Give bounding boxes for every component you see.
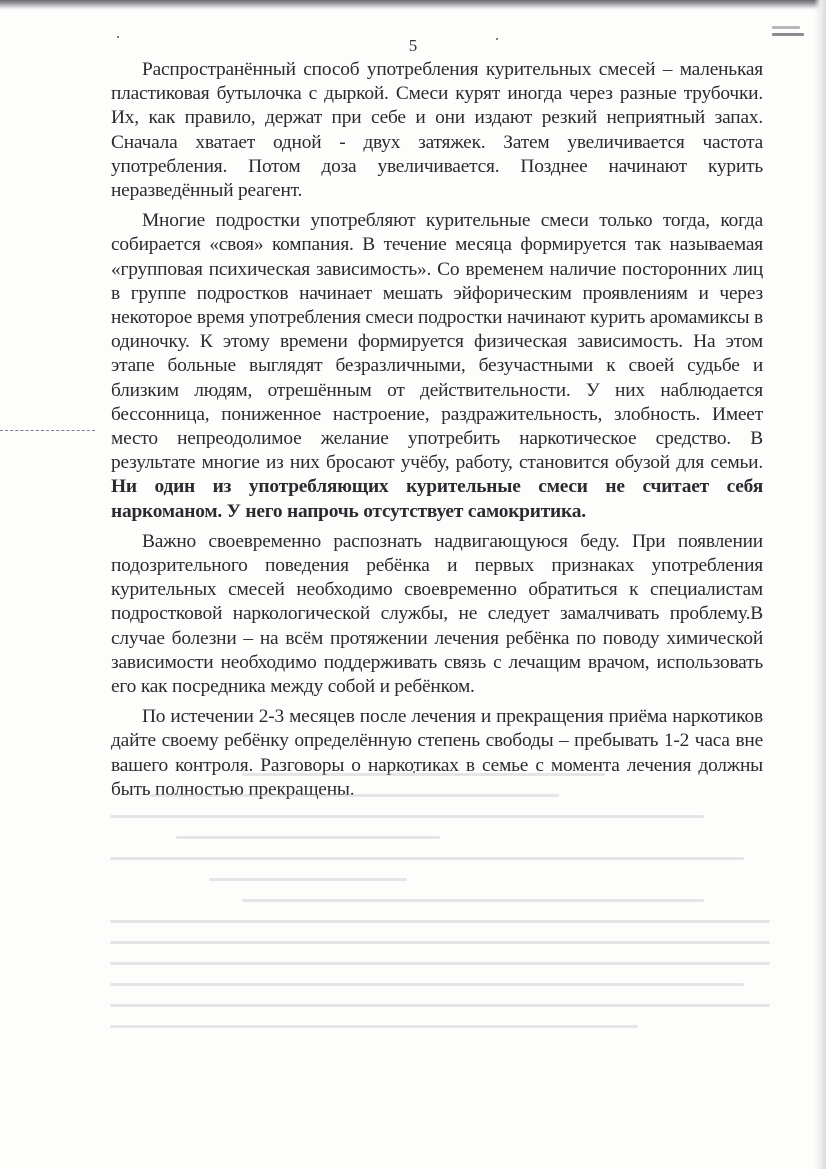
reverse-side-bleed-through	[110, 755, 770, 1075]
paragraph-seek-help: Важно своевременно распознать надвигающу…	[111, 530, 763, 699]
margin-dashed-mark	[0, 430, 95, 431]
paragraph-bold-emphasis: Ни один из употребляющих курительные сме…	[111, 476, 763, 521]
scan-top-edge	[0, 0, 826, 10]
paragraph-text: Важно своевременно распознать надвигающу…	[111, 531, 763, 697]
document-body: Распространённый способ употребления кур…	[111, 58, 763, 808]
paragraph-text: Многие подростки употребляют курительные…	[111, 210, 763, 473]
paragraph-text: Распространённый способ употребления кур…	[111, 59, 763, 201]
paragraph-dependence-formation: Многие подростки употребляют курительные…	[111, 209, 763, 524]
paragraph-smoking-methods: Распространённый способ употребления кур…	[111, 58, 763, 203]
scan-right-edge	[814, 0, 826, 1169]
page-number: 5	[0, 36, 826, 56]
